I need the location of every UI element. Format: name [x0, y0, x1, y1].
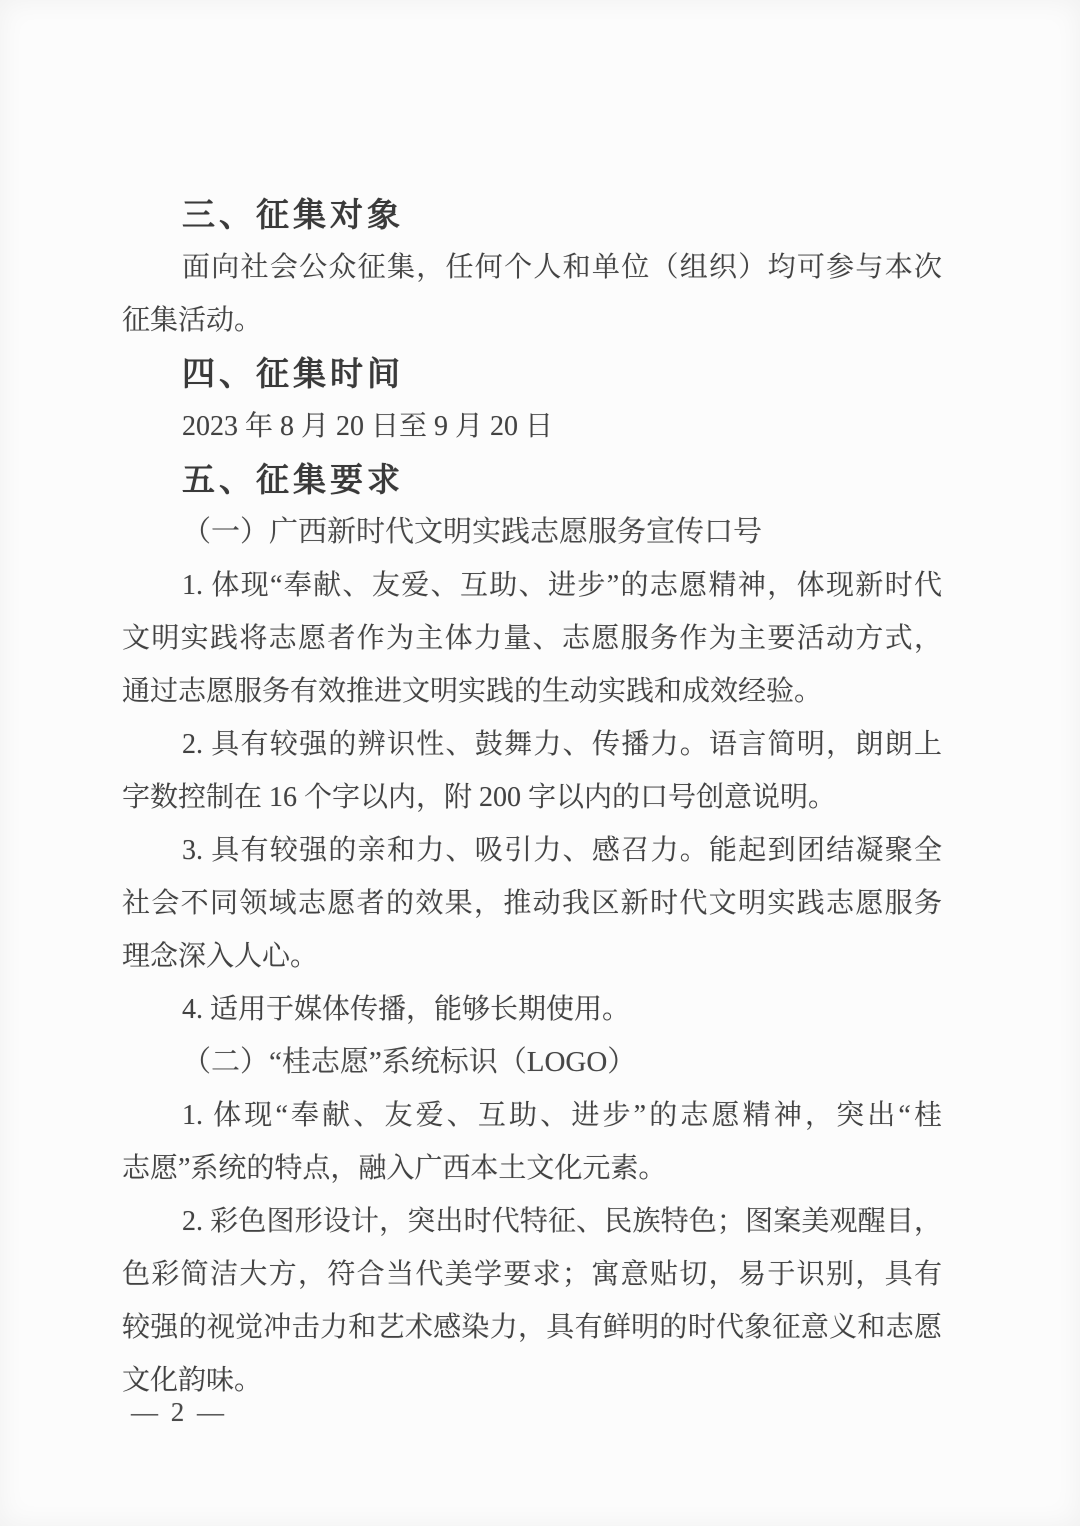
text-line: 三、征集对象 — [122, 188, 942, 241]
paragraph: 3. 具有较强的亲和力、吸引力、感召力。能起到团结凝聚全社会不同领域志愿者的效果… — [122, 824, 942, 983]
paragraph: 面向社会公众征集，任何个人和单位（组织）均可参与本次征集活动。 — [122, 241, 942, 347]
text-line: 通过志愿服务有效推进文明实践的生动实践和成效经验。 — [122, 665, 942, 718]
section-heading: 五、征集要求 — [122, 453, 942, 506]
text-line: 字数控制在 16 个字以内，附 200 字以内的口号创意说明。 — [122, 771, 942, 824]
paragraph: 2023 年 8 月 20 日至 9 月 20 日 — [122, 400, 942, 453]
text-line: 四、征集时间 — [122, 347, 942, 400]
text-line: 理念深入人心。 — [122, 930, 942, 983]
text-line: 五、征集要求 — [122, 453, 942, 506]
text-line: 1. 体现“奉献、友爱、互助、进步”的志愿精神，体现新时代 — [122, 559, 942, 612]
text-line: 1. 体现“奉献、友爱、互助、进步”的志愿精神，突出“桂 — [122, 1089, 942, 1142]
text-line: 2. 具有较强的辨识性、鼓舞力、传播力。语言简明，朗朗上口， — [122, 718, 942, 771]
paragraph: 4. 适用于媒体传播，能够长期使用。 — [122, 983, 942, 1036]
text-line: 4. 适用于媒体传播，能够长期使用。 — [122, 983, 942, 1036]
text-line: 征集活动。 — [122, 294, 942, 347]
page-number: — 2 — — [131, 1392, 227, 1432]
paragraph: 2. 彩色图形设计，突出时代特征、民族特色；图案美观醒目，色彩简洁大方，符合当代… — [122, 1195, 942, 1407]
text-line: （二）“桂志愿”系统标识（LOGO） — [122, 1036, 942, 1089]
text-line: 面向社会公众征集，任何个人和单位（组织）均可参与本次 — [122, 241, 942, 294]
document-body: 三、征集对象面向社会公众征集，任何个人和单位（组织）均可参与本次征集活动。四、征… — [122, 188, 942, 1407]
paragraph: 2. 具有较强的辨识性、鼓舞力、传播力。语言简明，朗朗上口，字数控制在 16 个… — [122, 718, 942, 824]
sub-heading: （二）“桂志愿”系统标识（LOGO） — [122, 1036, 942, 1089]
document-page: 三、征集对象面向社会公众征集，任何个人和单位（组织）均可参与本次征集活动。四、征… — [0, 0, 1080, 1526]
text-line: 志愿”系统的特点，融入广西本土文化元素。 — [122, 1142, 942, 1195]
text-line: 文化韵味。 — [122, 1354, 942, 1407]
text-line: 色彩简洁大方，符合当代美学要求；寓意贴切，易于识别，具有 — [122, 1248, 942, 1301]
paragraph: 1. 体现“奉献、友爱、互助、进步”的志愿精神，体现新时代文明实践将志愿者作为主… — [122, 559, 942, 718]
section-heading: 四、征集时间 — [122, 347, 942, 400]
text-line: 2. 彩色图形设计，突出时代特征、民族特色；图案美观醒目， — [122, 1195, 942, 1248]
paragraph: 1. 体现“奉献、友爱、互助、进步”的志愿精神，突出“桂志愿”系统的特点，融入广… — [122, 1089, 942, 1195]
text-line: 文明实践将志愿者作为主体力量、志愿服务作为主要活动方式， — [122, 612, 942, 665]
text-line: 2023 年 8 月 20 日至 9 月 20 日 — [122, 400, 942, 453]
section-heading: 三、征集对象 — [122, 188, 942, 241]
sub-heading: （一）广西新时代文明实践志愿服务宣传口号 — [122, 506, 942, 559]
text-line: 3. 具有较强的亲和力、吸引力、感召力。能起到团结凝聚全 — [122, 824, 942, 877]
text-line: 较强的视觉冲击力和艺术感染力，具有鲜明的时代象征意义和志愿 — [122, 1301, 942, 1354]
text-line: （一）广西新时代文明实践志愿服务宣传口号 — [122, 506, 942, 559]
text-line: 社会不同领域志愿者的效果，推动我区新时代文明实践志愿服务 — [122, 877, 942, 930]
